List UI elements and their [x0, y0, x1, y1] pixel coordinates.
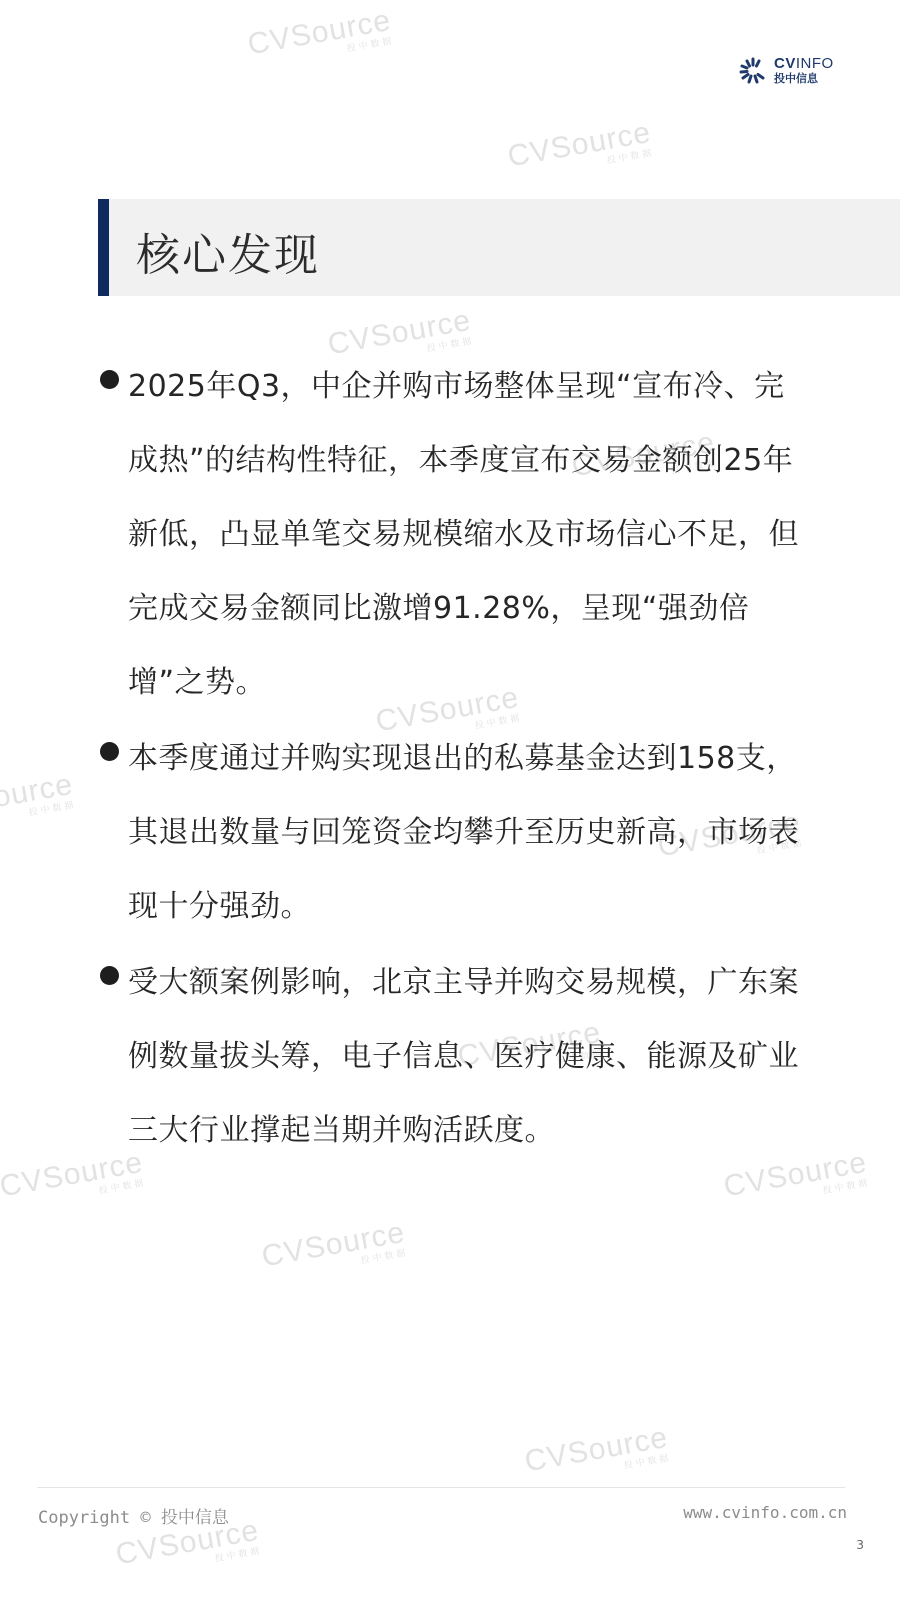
- watermark: CVSource投中数据: [246, 6, 396, 72]
- list-item: 受大额案例影响，北京主导并购交易规模，广东案例数量拔头筹，电子信息、医疗健康、能…: [100, 946, 800, 1168]
- bullet-icon: [100, 742, 119, 761]
- watermark: CVSource投中数据: [0, 770, 77, 836]
- finding-text: 2025年Q3，中企并购市场整体呈现“宣布冷、完成热”的结构性特征，本季度宣布交…: [128, 350, 800, 720]
- watermark: CVSource投中数据: [523, 1423, 673, 1489]
- bullet-icon: [100, 966, 119, 985]
- logo-brand-en: CVINFO: [774, 56, 834, 71]
- finding-text: 受大额案例影响，北京主导并购交易规模，广东案例数量拔头筹，电子信息、医疗健康、能…: [128, 946, 800, 1168]
- findings-list: 2025年Q3，中企并购市场整体呈现“宣布冷、完成热”的结构性特征，本季度宣布交…: [100, 350, 800, 1168]
- bullet-icon: [100, 370, 119, 389]
- title-accent-bar: [98, 199, 109, 296]
- copyright-text: Copyright © 投中信息: [38, 1503, 229, 1528]
- footer-divider: [37, 1487, 845, 1488]
- logo-brand-cn: 投中信息: [774, 73, 834, 84]
- list-item: 2025年Q3，中企并购市场整体呈现“宣布冷、完成热”的结构性特征，本季度宣布交…: [100, 350, 800, 720]
- page-title: 核心发现: [136, 219, 320, 283]
- page-number: 3: [856, 1538, 864, 1552]
- list-item: 本季度通过并购实现退出的私募基金达到158支，其退出数量与回笼资金均攀升至历史新…: [100, 722, 800, 944]
- finding-text: 本季度通过并购实现退出的私募基金达到158支，其退出数量与回笼资金均攀升至历史新…: [128, 722, 800, 944]
- section-title-bar: 核心发现: [98, 199, 900, 296]
- burst-logo-icon: [738, 55, 768, 85]
- website-link[interactable]: www.cvinfo.com.cn: [683, 1503, 847, 1522]
- watermark: CVSource投中数据: [260, 1218, 410, 1284]
- cvinfo-logo: CVINFO 投中信息: [738, 55, 834, 85]
- watermark: CVSource投中数据: [506, 118, 656, 184]
